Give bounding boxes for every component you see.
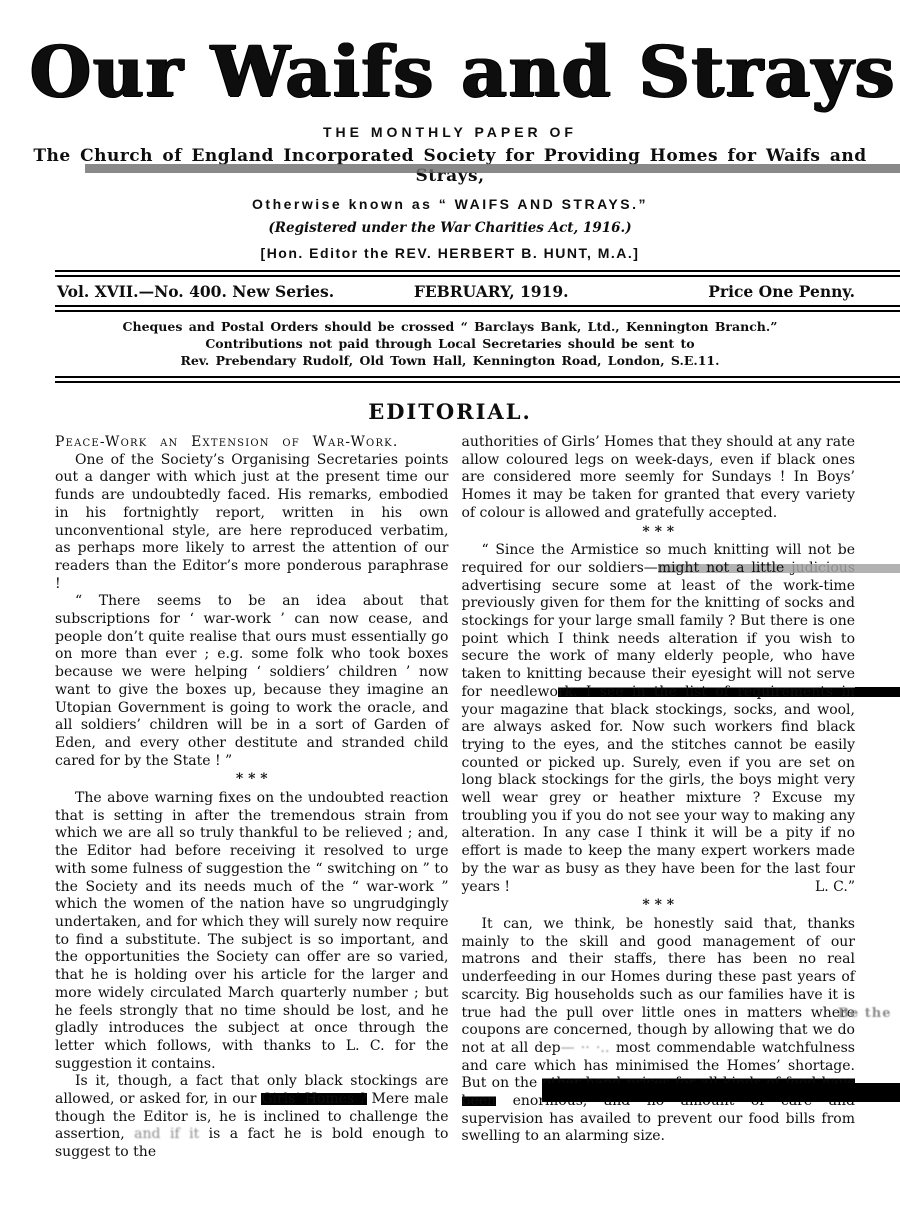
horizontal-rule xyxy=(55,376,900,383)
registered-line: (Registered under the War Charities Act,… xyxy=(0,220,900,236)
notice-line: Cheques and Postal Orders should be cros… xyxy=(0,318,900,335)
paragraph: authorities of Girls’ Homes that they sh… xyxy=(462,434,856,523)
paragraph-text: your magazine that black stockings, sock… xyxy=(462,702,856,895)
scanned-newspaper-page: Our Waifs and Strays THE MONTHLY PAPER O… xyxy=(0,0,900,1215)
left-column: Peace-Work an Extension of War-Work. One… xyxy=(55,434,449,1162)
asterisk-separator: * * * xyxy=(55,771,449,789)
issue-date: FEBRUARY, 1919. xyxy=(414,282,569,301)
paragraph: “ There seems to be an idea about that s… xyxy=(55,593,449,770)
notice-line: Rev. Prebendary Rudolf, Old Town Hall, K… xyxy=(0,352,900,369)
payment-notice: Cheques and Postal Orders should be cros… xyxy=(0,312,900,376)
horizontal-rule xyxy=(55,305,900,312)
paragraph: Is it, though, a fact that only black st… xyxy=(55,1073,449,1162)
masthead: Our Waifs and Strays THE MONTHLY PAPER O… xyxy=(0,26,900,261)
scan-gray-band-top xyxy=(85,164,900,173)
otherwise-known-line: Otherwise known as “ WAIFS AND STRAYS.” xyxy=(0,196,900,212)
paragraph-text: judicious advertising secure some at lea… xyxy=(462,560,856,700)
notice-line: Contributions not paid through Local Sec… xyxy=(0,335,900,352)
scan-gray-band: might not a little xyxy=(658,560,785,576)
paper-title: Our Waifs and Strays xyxy=(30,26,870,118)
smudged-text: — ·· ·‥ xyxy=(561,1040,616,1056)
editor-credit-line: [Hon. Editor the REV. HERBERT B. HUNT, M… xyxy=(0,245,900,261)
paragraph: It can, we think, be honestly said that,… xyxy=(462,916,856,1146)
article-lead-line: Peace-Work an Extension of War-Work. xyxy=(55,434,449,452)
paper-tagline: THE MONTHLY PAPER OF xyxy=(0,124,900,140)
asterisk-separator: * * * xyxy=(462,897,856,915)
smudged-text: and if it xyxy=(134,1126,208,1142)
ghost-bleedthrough-text: Be the xyxy=(838,1006,892,1021)
paragraph: One of the Society’s Organising Secretar… xyxy=(55,452,449,594)
scan-redaction-bar: Girls’ Homes ? xyxy=(261,1091,366,1107)
right-column: authorities of Girls’ Homes that they sh… xyxy=(462,434,856,1162)
article-columns: Peace-Work an Extension of War-Work. One… xyxy=(0,434,900,1162)
issue-bar: Vol. XVII.—No. 400. New Series. FEBRUARY… xyxy=(0,277,900,305)
scan-black-bar: rk. I see in the list of requirements in xyxy=(558,684,855,700)
volume-number: Vol. XVII.—No. 400. New Series. xyxy=(57,282,334,301)
horizontal-rule xyxy=(55,270,900,277)
paragraph: The above warning fixes on the undoubted… xyxy=(55,790,449,1073)
letter-signature: L. C.” xyxy=(795,879,855,897)
paragraph-text: It can, we think, be honestly said that,… xyxy=(462,916,856,1056)
editorial-heading: EDITORIAL. xyxy=(0,399,900,424)
paragraph: “ Since the Armistice so much knitting w… xyxy=(462,542,856,896)
issue-price: Price One Penny. xyxy=(708,282,855,301)
asterisk-separator: * * * xyxy=(462,524,856,542)
